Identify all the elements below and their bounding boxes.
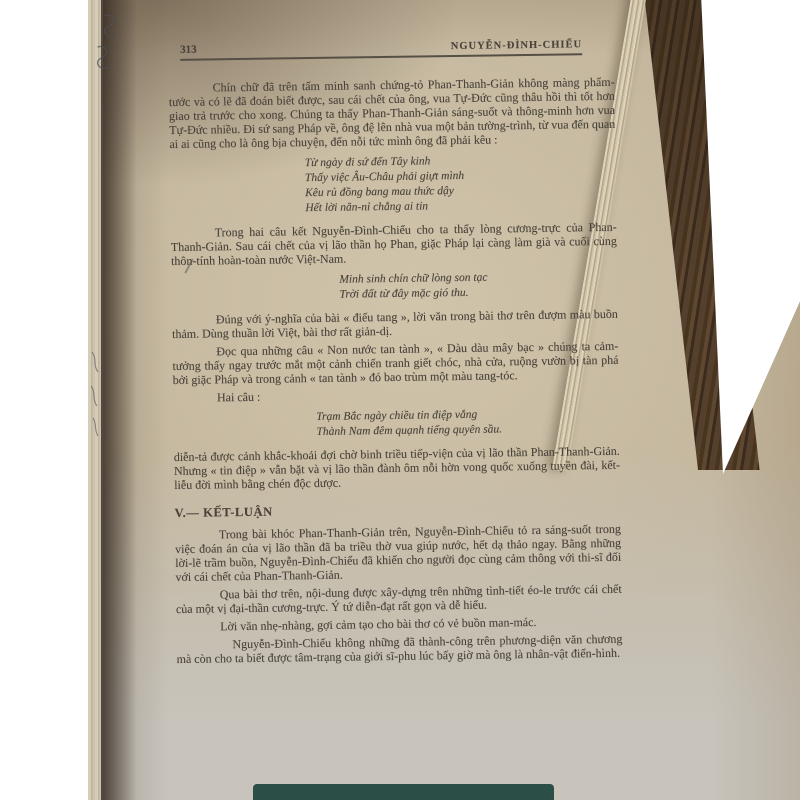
spine-gutter-shadow — [101, 0, 137, 800]
poem-verse-2: Minh sinh chín chữ lòng son tạc Trời đất… — [339, 269, 617, 303]
paragraph-5: diễn-tả được cảnh khắc-khoải đợi chờ bin… — [174, 444, 621, 492]
paragraph-7: Qua bài thơ trên, nội-dung được xây-dựng… — [176, 582, 622, 616]
paragraph-4: Đọc qua những câu « Non nước tan tành »,… — [172, 339, 619, 387]
paragraph-1: Chín chữ đã trên tấm minh sanh chứng-tỏ … — [169, 75, 616, 151]
paragraph-6: Trong bài khóc Phan-Thanh-Giản trên, Ngu… — [175, 522, 622, 584]
poem-verse-3: Trạm Bắc ngày chiều tin điệp vắng Thành … — [316, 406, 619, 440]
verse-line: Trời đất từ đây mặc gió thu. — [339, 284, 617, 303]
verse-line: Hết lời năn-nỉ chẳng ai tin — [305, 197, 616, 216]
page-number: 313 — [180, 44, 197, 56]
watermark-bar — [253, 784, 554, 800]
printed-page-content: 313 NGUYỄN-ĐÌNH-CHIỂU Chín chữ đã trên t… — [168, 38, 623, 670]
book-page-photo: 313 NGUYỄN-ĐÌNH-CHIỂU Chín chữ đã trên t… — [88, 0, 800, 800]
margin-pencil-marks-icon — [88, 348, 106, 438]
white-backdrop-left — [0, 0, 88, 800]
poem-verse-1: Từ ngày đi sứ đến Tây kinh Thấy việc Âu-… — [305, 152, 617, 216]
running-title: NGUYỄN-ĐÌNH-CHIỂU — [451, 39, 582, 52]
verse-line: Thành Nam đêm quạnh tiếng quyên sầu. — [316, 421, 619, 440]
paragraph-2: Trong hai câu kết Nguyễn-Đình-Chiểu cho … — [171, 220, 618, 268]
hai-cau-label: Hai câu : — [173, 385, 619, 405]
section-heading-ket-luan: V.— KẾT-LUẬN — [174, 500, 620, 521]
paragraph-3: Đúng với ý-nghĩa của bài « điếu tang », … — [172, 307, 618, 341]
paragraph-8: Lời văn nhẹ-nhàng, gợi cảm tạo cho bài t… — [176, 614, 622, 634]
book-photo-canvas: 313 NGUYỄN-ĐÌNH-CHIỂU Chín chữ đã trên t… — [0, 0, 800, 800]
handwriting-marks-icon — [90, 10, 126, 84]
paragraph-9: Nguyễn-Đình-Chiểu không những đã thành-c… — [176, 632, 622, 666]
